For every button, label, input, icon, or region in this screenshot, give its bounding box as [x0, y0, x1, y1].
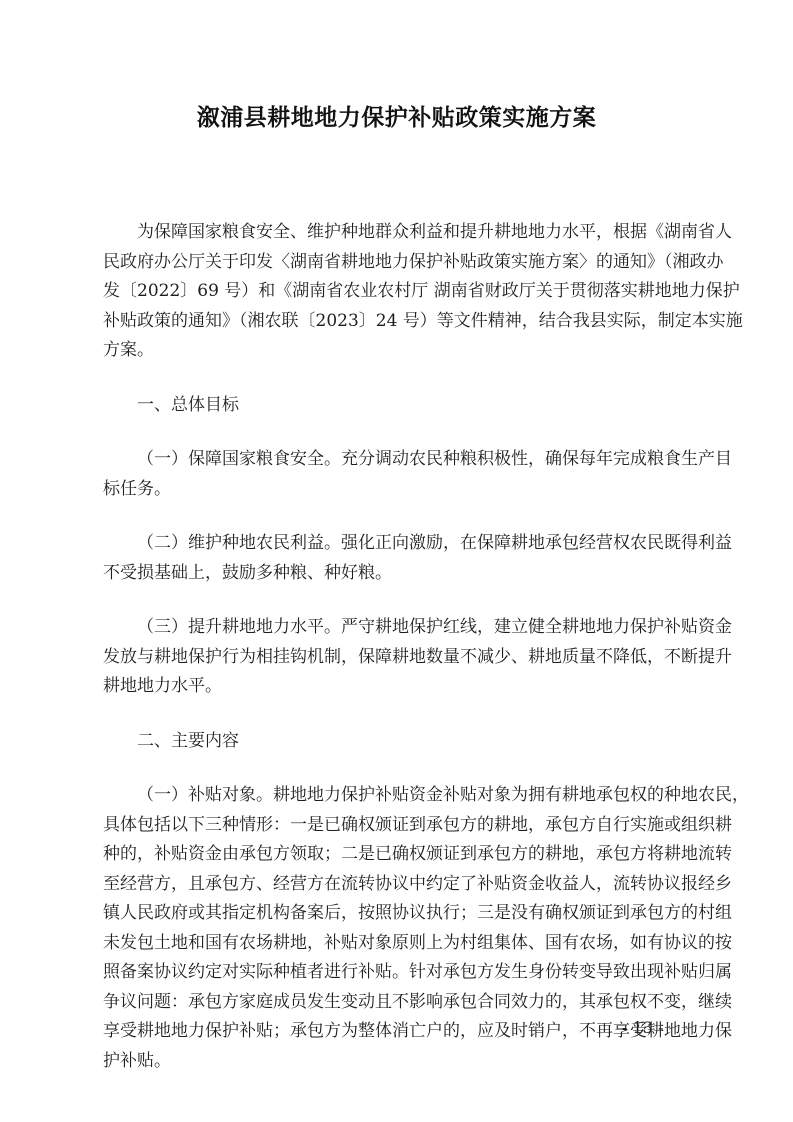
text-line: 方案。: [103, 336, 699, 366]
text-line: 不受损基础上，鼓励多种粮、种好粮。: [103, 559, 699, 589]
text-line: 护补贴。: [103, 1047, 699, 1077]
spacer: [103, 588, 699, 613]
section-heading-text: 二、主要内容: [103, 727, 699, 757]
goal-item-soil-fertility: （三）提升耕地地力水平。严守耕地保护红线，建立健全耕地地力保护补贴资金 发放与耕…: [103, 613, 699, 702]
intro-paragraph: 为保障国家粮食安全、维护种地群众利益和提升耕地地力水平，根据《湖南省人 民政府办…: [103, 218, 699, 366]
text-line: 享受耕地地力保护补贴；承包方为整体消亡户的，应及时销户，不再享受耕地地力保: [103, 1017, 699, 1047]
goal-item-farmer-interests: （二）维护种地农民利益。强化正向激励，在保障耕地承包经营权农民既得利益 不受损基…: [103, 529, 699, 588]
text-line: 发〔2022〕69 号）和《湖南省农业农村厅 湖南省财政厅关于贯彻落实耕地地力保…: [103, 277, 699, 307]
text-line: 为保障国家粮食安全、维护种地群众利益和提升耕地地力水平，根据《湖南省人: [103, 218, 699, 248]
text-line: 未发包土地和国有农场耕地，补贴对象原则上为村组集体、国有农场，如有协议的按: [103, 929, 699, 959]
text-line: 争议问题：承包方家庭成员发生变动且不影响承包合同效力的，其承包权不变，继续: [103, 988, 699, 1018]
text-line: 补贴政策的通知》（湘农联〔2023〕24 号）等文件精神，结合我县实际，制定本实…: [103, 307, 699, 337]
spacer: [103, 420, 699, 445]
text-line: 发放与耕地保护行为相挂钩机制，保障耕地数量不减少、耕地质量不降低，不断提升: [103, 643, 699, 673]
document-page: 溆浦县耕地地力保护补贴政策实施方案 为保障国家粮食安全、维护种地群众利益和提升耕…: [0, 0, 793, 1122]
text-line: 镇人民政府或其指定机构备案后，按照协议执行；三是没有确权颁证到承包方的村组: [103, 899, 699, 929]
section-heading-goals: 一、总体目标: [103, 391, 699, 421]
spacer: [103, 504, 699, 529]
text-line: （三）提升耕地地力水平。严守耕地保护红线，建立健全耕地地力保护补贴资金: [103, 613, 699, 643]
goal-item-food-security: （一）保障国家粮食安全。充分调动农民种粮积极性，确保每年完成粮食生产目 标任务。: [103, 445, 699, 504]
spacer: [103, 702, 699, 727]
text-line: 至经营方，且承包方、经营方在流转协议中约定了补贴资金收益人，流转协议报经乡: [103, 870, 699, 900]
text-line: （二）维护种地农民利益。强化正向激励，在保障耕地承包经营权农民既得利益: [103, 529, 699, 559]
text-line: 标任务。: [103, 475, 699, 505]
text-line: 具体包括以下三种情形：一是已确权颁证到承包方的耕地，承包方自行实施或组织耕: [103, 811, 699, 841]
spacer: [103, 366, 699, 391]
text-line: （一）保障国家粮食安全。充分调动农民种粮积极性，确保每年完成粮食生产目: [103, 445, 699, 475]
content-item-subsidy-recipients: （一）补贴对象。耕地地力保护补贴资金补贴对象为拥有耕地承包权的种地农民， 具体包…: [103, 781, 699, 1076]
text-line: 耕地地力水平。: [103, 672, 699, 702]
document-title: 溆浦县耕地地力保护补贴政策实施方案: [0, 101, 793, 135]
text-line: 民政府办公厅关于印发〈湖南省耕地地力保护补贴政策实施方案〉的通知》（湘政办: [103, 248, 699, 278]
page-number: - 13 -: [622, 1018, 663, 1037]
document-body: 为保障国家粮食安全、维护种地群众利益和提升耕地地力水平，根据《湖南省人 民政府办…: [103, 218, 699, 1076]
spacer: [103, 756, 699, 781]
section-heading-text: 一、总体目标: [103, 391, 699, 421]
section-heading-content: 二、主要内容: [103, 727, 699, 757]
text-line: （一）补贴对象。耕地地力保护补贴资金补贴对象为拥有耕地承包权的种地农民，: [103, 781, 699, 811]
text-line: 种的，补贴资金由承包方领取；二是已确权颁证到承包方的耕地，承包方将耕地流转: [103, 840, 699, 870]
text-line: 照备案协议约定对实际种植者进行补贴。针对承包方发生身份转变导致出现补贴归属: [103, 958, 699, 988]
